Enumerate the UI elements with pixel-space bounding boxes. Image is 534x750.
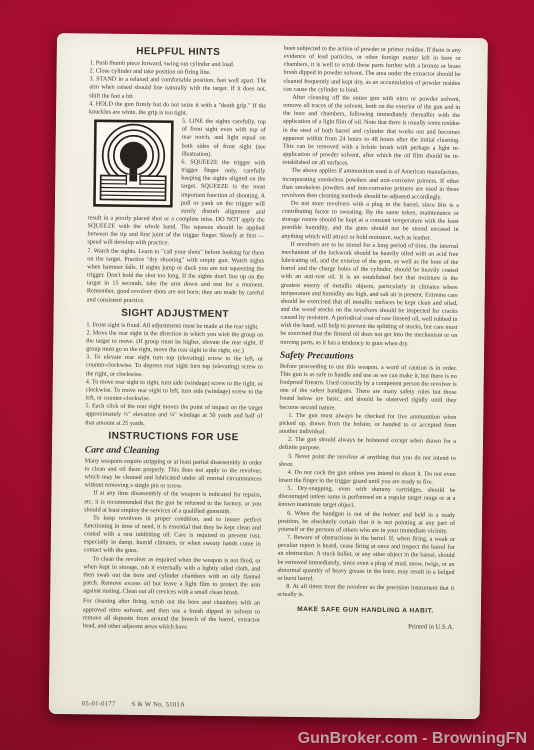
safety-item: 5. Dry-snapping, even with dummy cartrid… (278, 485, 455, 512)
right-column: been subjected to the action of powder o… (277, 45, 461, 635)
hint-item: 4. HOLD the gun firmly but do not seize … (89, 100, 266, 118)
sub-heading-safety-precautions: Safety Precautions (280, 351, 457, 363)
body-paragraph: Do not store revolvers with a plug in th… (281, 200, 458, 243)
form-number: 05-01-0177 (82, 700, 116, 707)
hint-item: 7. Watch the sights. Learn to "call your… (87, 247, 265, 306)
care-paragraph: If at any time disassembly of the weapon… (84, 490, 261, 517)
safety-item: 2. The gun should always be holstered ex… (279, 436, 456, 454)
safety-motto: MAKE SAFE GUN HANDLING A HABIT. (277, 606, 454, 615)
body-paragraph: If revolvers are to be stored for a long… (280, 241, 458, 349)
care-paragraph: To clean the revolver as required when t… (83, 555, 260, 598)
sub-heading-care-and-cleaning: Care and Cleaning (85, 445, 262, 457)
care-paragraph: To keep revolvers in proper condition, a… (84, 514, 261, 557)
sight-adjustment-item: 5. Each click of the rear sight moves th… (85, 403, 262, 430)
safety-item: 8. At all times treat the revolver as th… (277, 583, 454, 601)
two-column-layout: HELPFUL HINTS 1. Push thumb piece forwar… (50, 33, 488, 635)
section-title-instructions: INSTRUCTIONS FOR USE (85, 430, 262, 443)
body-paragraph: After cleaning off the entire gun with n… (282, 94, 460, 170)
safety-item: 7. Beware of obstructions in the barrel.… (277, 534, 455, 585)
safety-intro: Before proceeding to use this weapon, a … (279, 363, 457, 414)
sight-adjustment-item: 3. To elevate rear sight turn top (eleva… (86, 354, 263, 381)
sight-picture-block: 5. LINE the sights carefully, top of fro… (87, 116, 266, 249)
safety-item: 6. When the handgun is out of the holste… (278, 509, 455, 536)
section-title-helpful-hints: HELPFUL HINTS (90, 45, 267, 58)
safety-item: 1. The gun must always be checked for li… (279, 411, 456, 438)
care-paragraph: Many weapons require stripping or at lea… (84, 457, 261, 492)
watermark: GunBroker.com - BrowningFN (298, 730, 527, 748)
body-paragraph: The above applies if ammunition used is … (282, 167, 459, 202)
sight-adjustment-item: 2. Move the rear sight in the direction … (86, 329, 263, 356)
hint-item: 3. STAND in a relaxed and comfortable po… (89, 76, 266, 103)
printed-in-usa-note: Printed in U.S.A. (277, 622, 454, 632)
body-paragraph: been subjected to the action of powder o… (283, 45, 461, 96)
model-number: S & W No. 5101A (132, 701, 186, 709)
section-title-sight-adjustment: SIGHT ADJUSTMENT (87, 307, 264, 320)
left-column: HELPFUL HINTS 1. Push thumb piece forwar… (83, 42, 267, 632)
footer-line: 05-01-0177 S & W No. 5101A (82, 700, 185, 708)
sight-adjustment-item: 4. To move rear sight to right, turn sid… (85, 378, 262, 405)
document-page: HELPFUL HINTS 1. Push thumb piece forwar… (49, 33, 488, 719)
care-paragraph: For cleaning after firing, scrub out the… (83, 598, 260, 633)
photo-background: { "colors": { "background": "#a30d2e", "… (0, 0, 534, 750)
sight-alignment-illustration-icon (92, 119, 175, 210)
